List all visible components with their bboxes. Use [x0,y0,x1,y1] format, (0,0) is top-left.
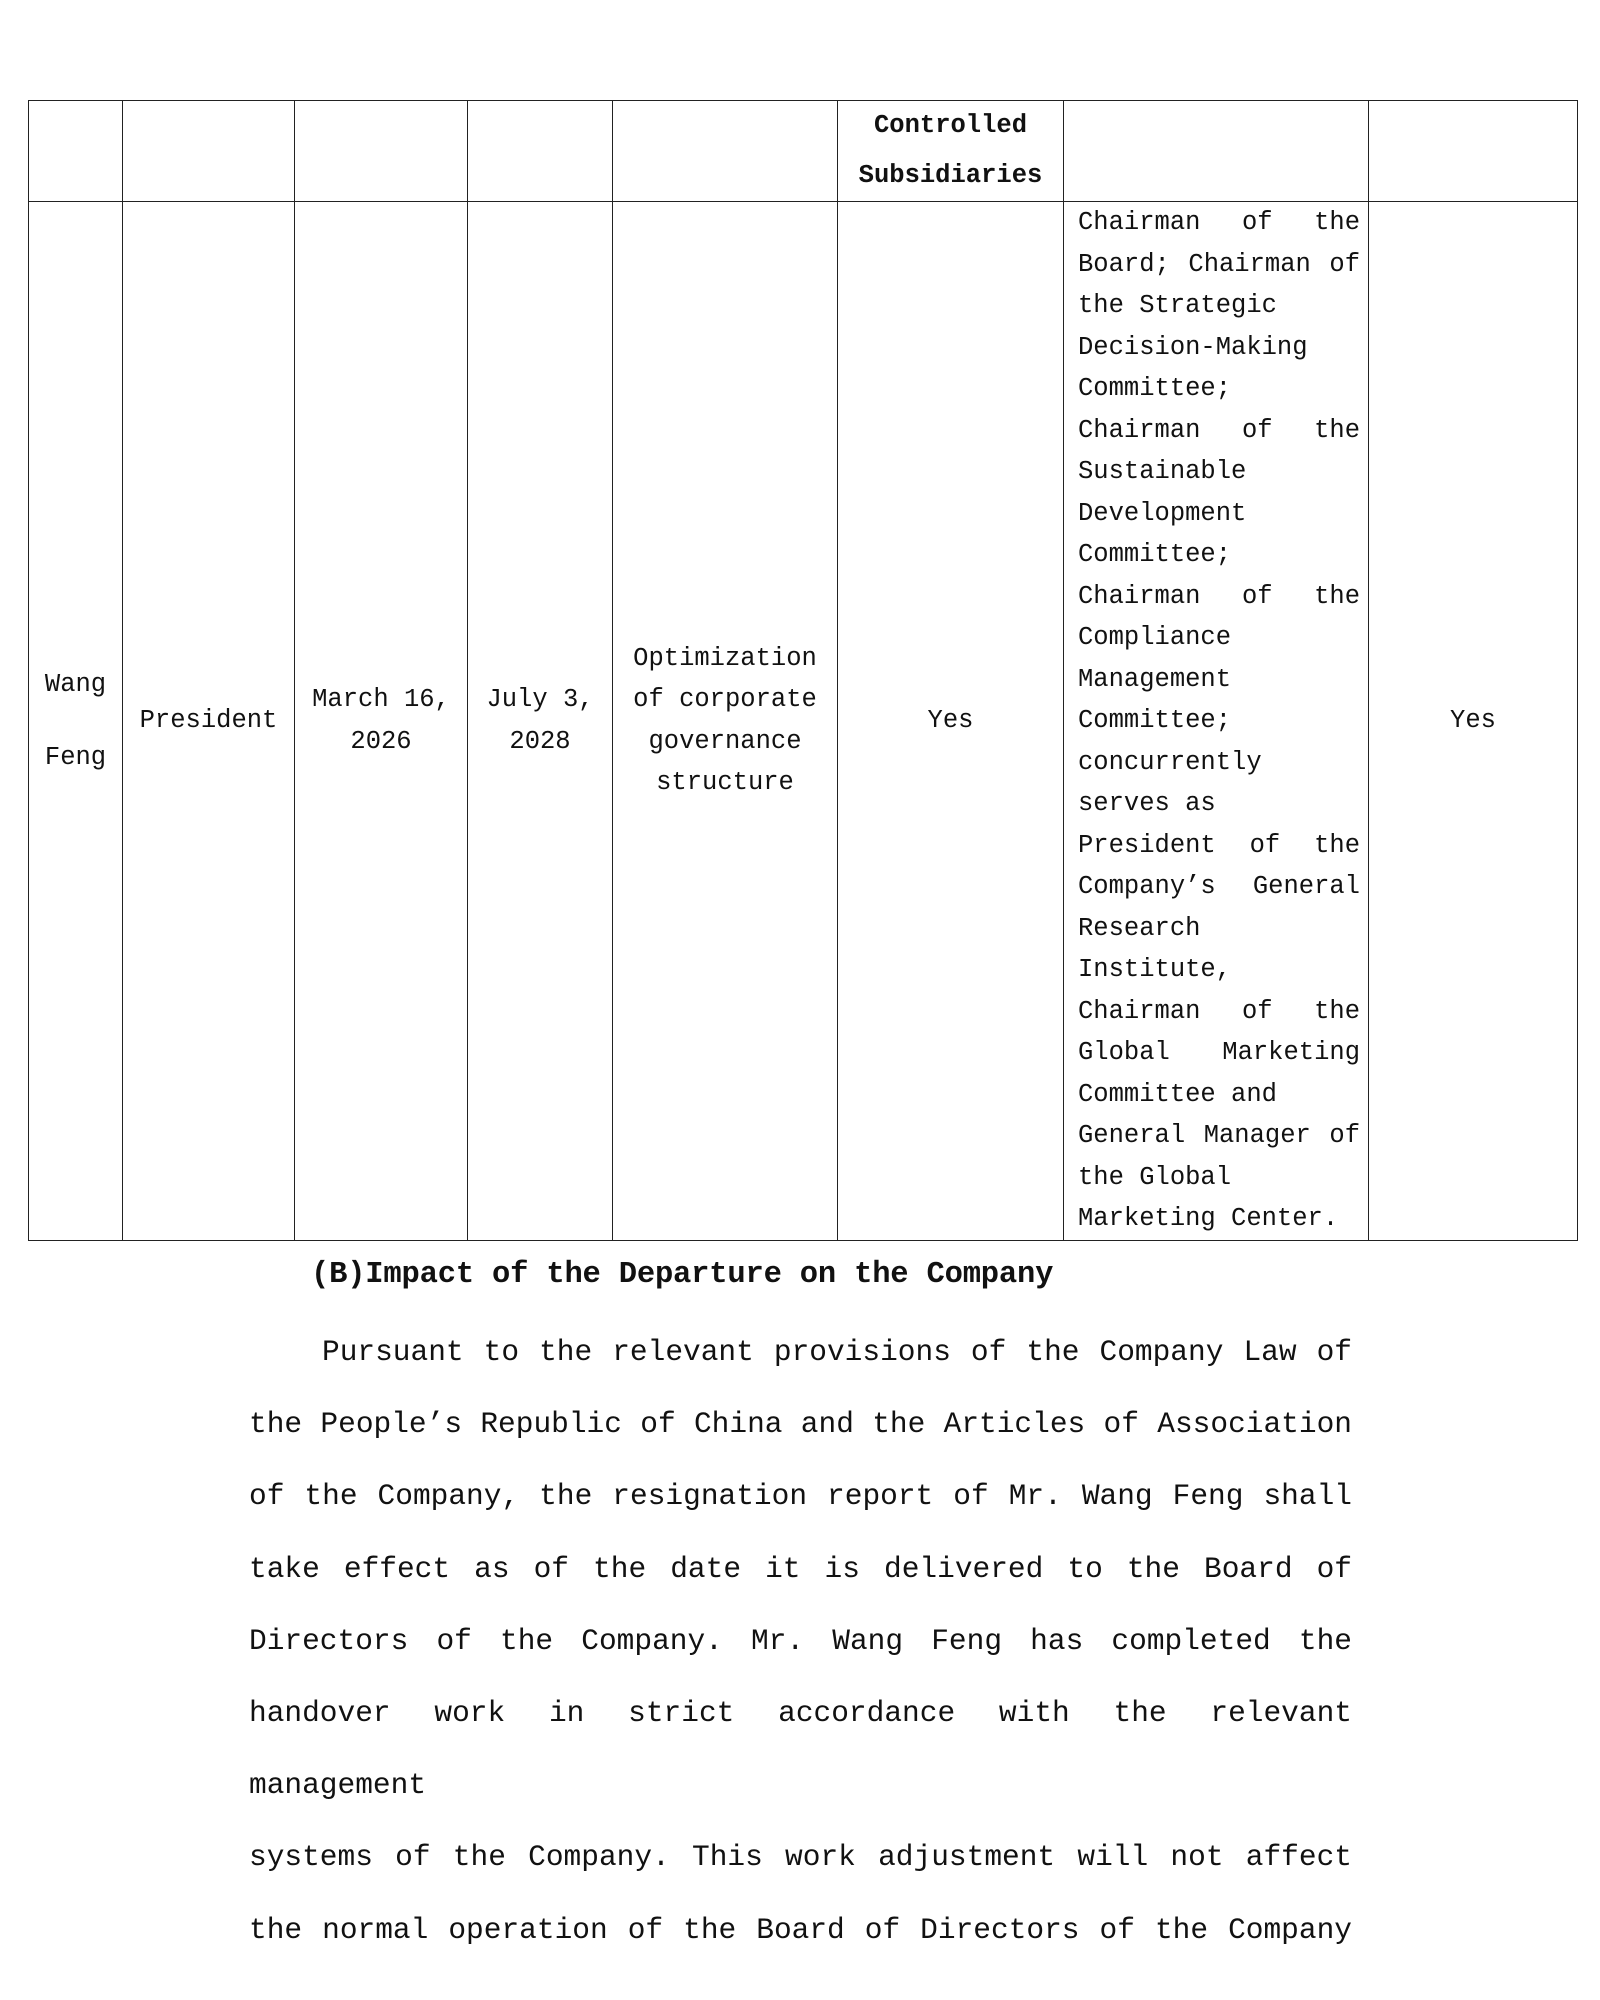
paragraph-line: the normal operation of the Board of Dir… [249,1894,1352,1966]
other-positions-line: Committee; [1078,534,1360,576]
other-positions-line: Marketing Center. [1078,1198,1360,1240]
header-cell-other-positions [1064,101,1369,202]
other-positions-line: Committee; [1078,368,1360,410]
header-text: Subsidiaries [838,151,1063,201]
header-cell-last [1369,101,1578,202]
header-cell-start-date [295,101,468,202]
paragraph-line: Directors of the Company. Mr. Wang Feng … [249,1605,1352,1677]
other-positions-line: Company’s General [1078,866,1360,908]
cell-other-positions: Chairman of theBoard; Chairman ofthe Str… [1064,202,1369,1241]
cell-last: Yes [1369,202,1578,1241]
other-positions-line: General Manager of [1078,1115,1360,1157]
other-positions-line: Sustainable [1078,451,1360,493]
other-positions-line: Decision-Making [1078,327,1360,369]
start-date-line: March 16, [295,679,467,721]
reason-line: of corporate [613,679,837,721]
other-positions-line: Management [1078,659,1360,701]
other-positions-line: Committee; [1078,700,1360,742]
header-text: Controlled [838,101,1063,151]
other-positions-line: Chairman of the [1078,991,1360,1033]
other-positions-line: Board; Chairman of [1078,244,1360,286]
cell-end-date: July 3, 2028 [468,202,613,1241]
paragraph-line: the People’s Republic of China and the A… [249,1388,1352,1460]
paragraph-line: handover work in strict accordance with … [249,1677,1352,1821]
section-paragraph: Pursuant to the relevant provisions of t… [249,1316,1352,1966]
start-date-line: 2026 [295,721,467,763]
paragraph-line: take effect as of the date it is deliver… [249,1533,1352,1605]
other-positions-line: the Strategic [1078,285,1360,327]
cell-controlled-subsidiaries: Yes [838,202,1064,1241]
end-date-line: 2028 [468,721,612,763]
reason-line: governance [613,721,837,763]
controlled-subsidiaries-value: Yes [838,700,1063,742]
last-column-value: Yes [1369,700,1577,742]
other-positions-line: Development [1078,493,1360,535]
resignation-details-table: Controlled Subsidiaries Wang Feng Presid… [28,100,1578,1241]
header-cell-name [29,101,123,202]
cell-reason: Optimization of corporate governance str… [613,202,838,1241]
name-line: Feng [29,721,122,794]
paragraph-line: systems of the Company. This work adjust… [249,1821,1352,1893]
paragraph-line: Pursuant to the relevant provisions of t… [249,1316,1352,1388]
header-cell-end-date [468,101,613,202]
other-positions-line: Chairman of the [1078,410,1360,452]
paragraph-line: of the Company, the resignation report o… [249,1460,1352,1532]
other-positions-line: Chairman of the [1078,202,1360,244]
reason-line: structure [613,762,837,804]
reason-line: Optimization [613,638,837,680]
other-positions-line: President of the [1078,825,1360,867]
section-heading: (B)Impact of the Departure on the Compan… [311,1258,1053,1292]
other-positions-line: Compliance [1078,617,1360,659]
other-positions-line: the Global [1078,1157,1360,1199]
table-header-row: Controlled Subsidiaries [29,101,1578,202]
header-cell-reason [613,101,838,202]
other-positions-line: Global Marketing [1078,1032,1360,1074]
other-positions-line: concurrently [1078,742,1360,784]
header-cell-controlled-subsidiaries: Controlled Subsidiaries [838,101,1064,202]
table-row: Wang Feng President March 16, 2026 July … [29,202,1578,1241]
header-cell-position [123,101,295,202]
cell-position: President [123,202,295,1241]
other-positions-line: Research [1078,908,1360,950]
other-positions-line: Institute, [1078,949,1360,991]
position-text: President [123,700,294,742]
end-date-line: July 3, [468,679,612,721]
other-positions-line: serves as [1078,783,1360,825]
other-positions-line: Committee and [1078,1074,1360,1116]
cell-name: Wang Feng [29,202,123,1241]
cell-start-date: March 16, 2026 [295,202,468,1241]
other-positions-line: Chairman of the [1078,576,1360,618]
name-line: Wang [29,648,122,721]
